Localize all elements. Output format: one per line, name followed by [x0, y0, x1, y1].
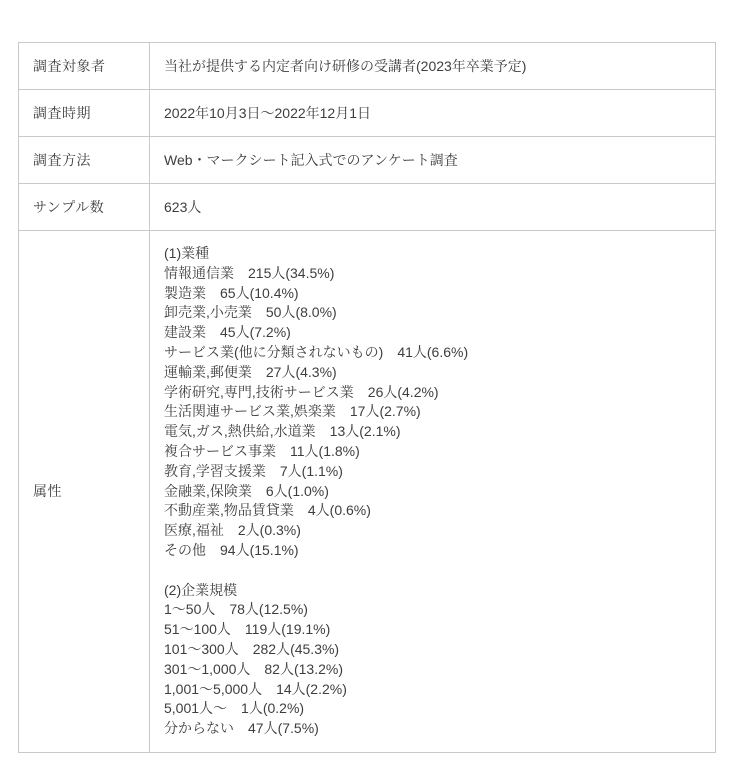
row-value-target: 当社が提供する内定者向け研修の受講者(2023年卒業予定): [150, 43, 716, 90]
industry-item: 製造業 65人(10.4%): [164, 284, 701, 304]
row-label-target: 調査対象者: [19, 43, 150, 90]
row-value-method: Web・マークシート記入式でのアンケート調査: [150, 137, 716, 184]
table-row-sample-size: サンプル数 623人: [19, 184, 716, 231]
table-row-target: 調査対象者 当社が提供する内定者向け研修の受講者(2023年卒業予定): [19, 43, 716, 90]
company-size-item: 5,001人〜 1人(0.2%): [164, 699, 701, 719]
survey-overview-page: 調査対象者 当社が提供する内定者向け研修の受講者(2023年卒業予定) 調査時期…: [0, 0, 740, 768]
row-value-sample-size: 623人: [150, 184, 716, 231]
row-value-attributes: (1)業種 情報通信業 215人(34.5%) 製造業 65人(10.4%) 卸…: [150, 231, 716, 753]
industry-item: その他 94人(15.1%): [164, 541, 701, 561]
company-size-item: 51〜100人 119人(19.1%): [164, 620, 701, 640]
survey-info-table: 調査対象者 当社が提供する内定者向け研修の受講者(2023年卒業予定) 調査時期…: [18, 42, 716, 753]
section-separator: [164, 561, 701, 581]
industry-item: 電気,ガス,熱供給,水道業 13人(2.1%): [164, 422, 701, 442]
industry-item: 情報通信業 215人(34.5%): [164, 264, 701, 284]
row-label-method: 調査方法: [19, 137, 150, 184]
company-size-item: 1,001〜5,000人 14人(2.2%): [164, 680, 701, 700]
row-label-attributes: 属性: [19, 231, 150, 753]
industry-item: 建設業 45人(7.2%): [164, 323, 701, 343]
company-size-item: 101〜300人 282人(45.3%): [164, 640, 701, 660]
table-row-period: 調査時期 2022年10月3日〜2022年12月1日: [19, 90, 716, 137]
row-label-period: 調査時期: [19, 90, 150, 137]
industry-item: 生活関連サービス業,娯楽業 17人(2.7%): [164, 402, 701, 422]
company-size-item: 301〜1,000人 82人(13.2%): [164, 660, 701, 680]
industry-item: 学術研究,専門,技術サービス業 26人(4.2%): [164, 383, 701, 403]
industry-item: 医療,福祉 2人(0.3%): [164, 521, 701, 541]
industry-section-heading: (1)業種: [164, 244, 701, 264]
company-size-item: 分からない 47人(7.5%): [164, 719, 701, 739]
company-size-item: 1〜50人 78人(12.5%): [164, 600, 701, 620]
table-row-method: 調査方法 Web・マークシート記入式でのアンケート調査: [19, 137, 716, 184]
row-label-sample-size: サンプル数: [19, 184, 150, 231]
company-size-section-heading: (2)企業規模: [164, 581, 701, 601]
industry-item: サービス業(他に分類されないもの) 41人(6.6%): [164, 343, 701, 363]
row-value-period: 2022年10月3日〜2022年12月1日: [150, 90, 716, 137]
industry-item: 運輸業,郵便業 27人(4.3%): [164, 363, 701, 383]
industry-item: 教育,学習支援業 7人(1.1%): [164, 462, 701, 482]
industry-item: 複合サービス事業 11人(1.8%): [164, 442, 701, 462]
industry-item: 不動産業,物品賃貸業 4人(0.6%): [164, 501, 701, 521]
industry-item: 金融業,保険業 6人(1.0%): [164, 482, 701, 502]
table-row-attributes: 属性 (1)業種 情報通信業 215人(34.5%) 製造業 65人(10.4%…: [19, 231, 716, 753]
industry-item: 卸売業,小売業 50人(8.0%): [164, 303, 701, 323]
